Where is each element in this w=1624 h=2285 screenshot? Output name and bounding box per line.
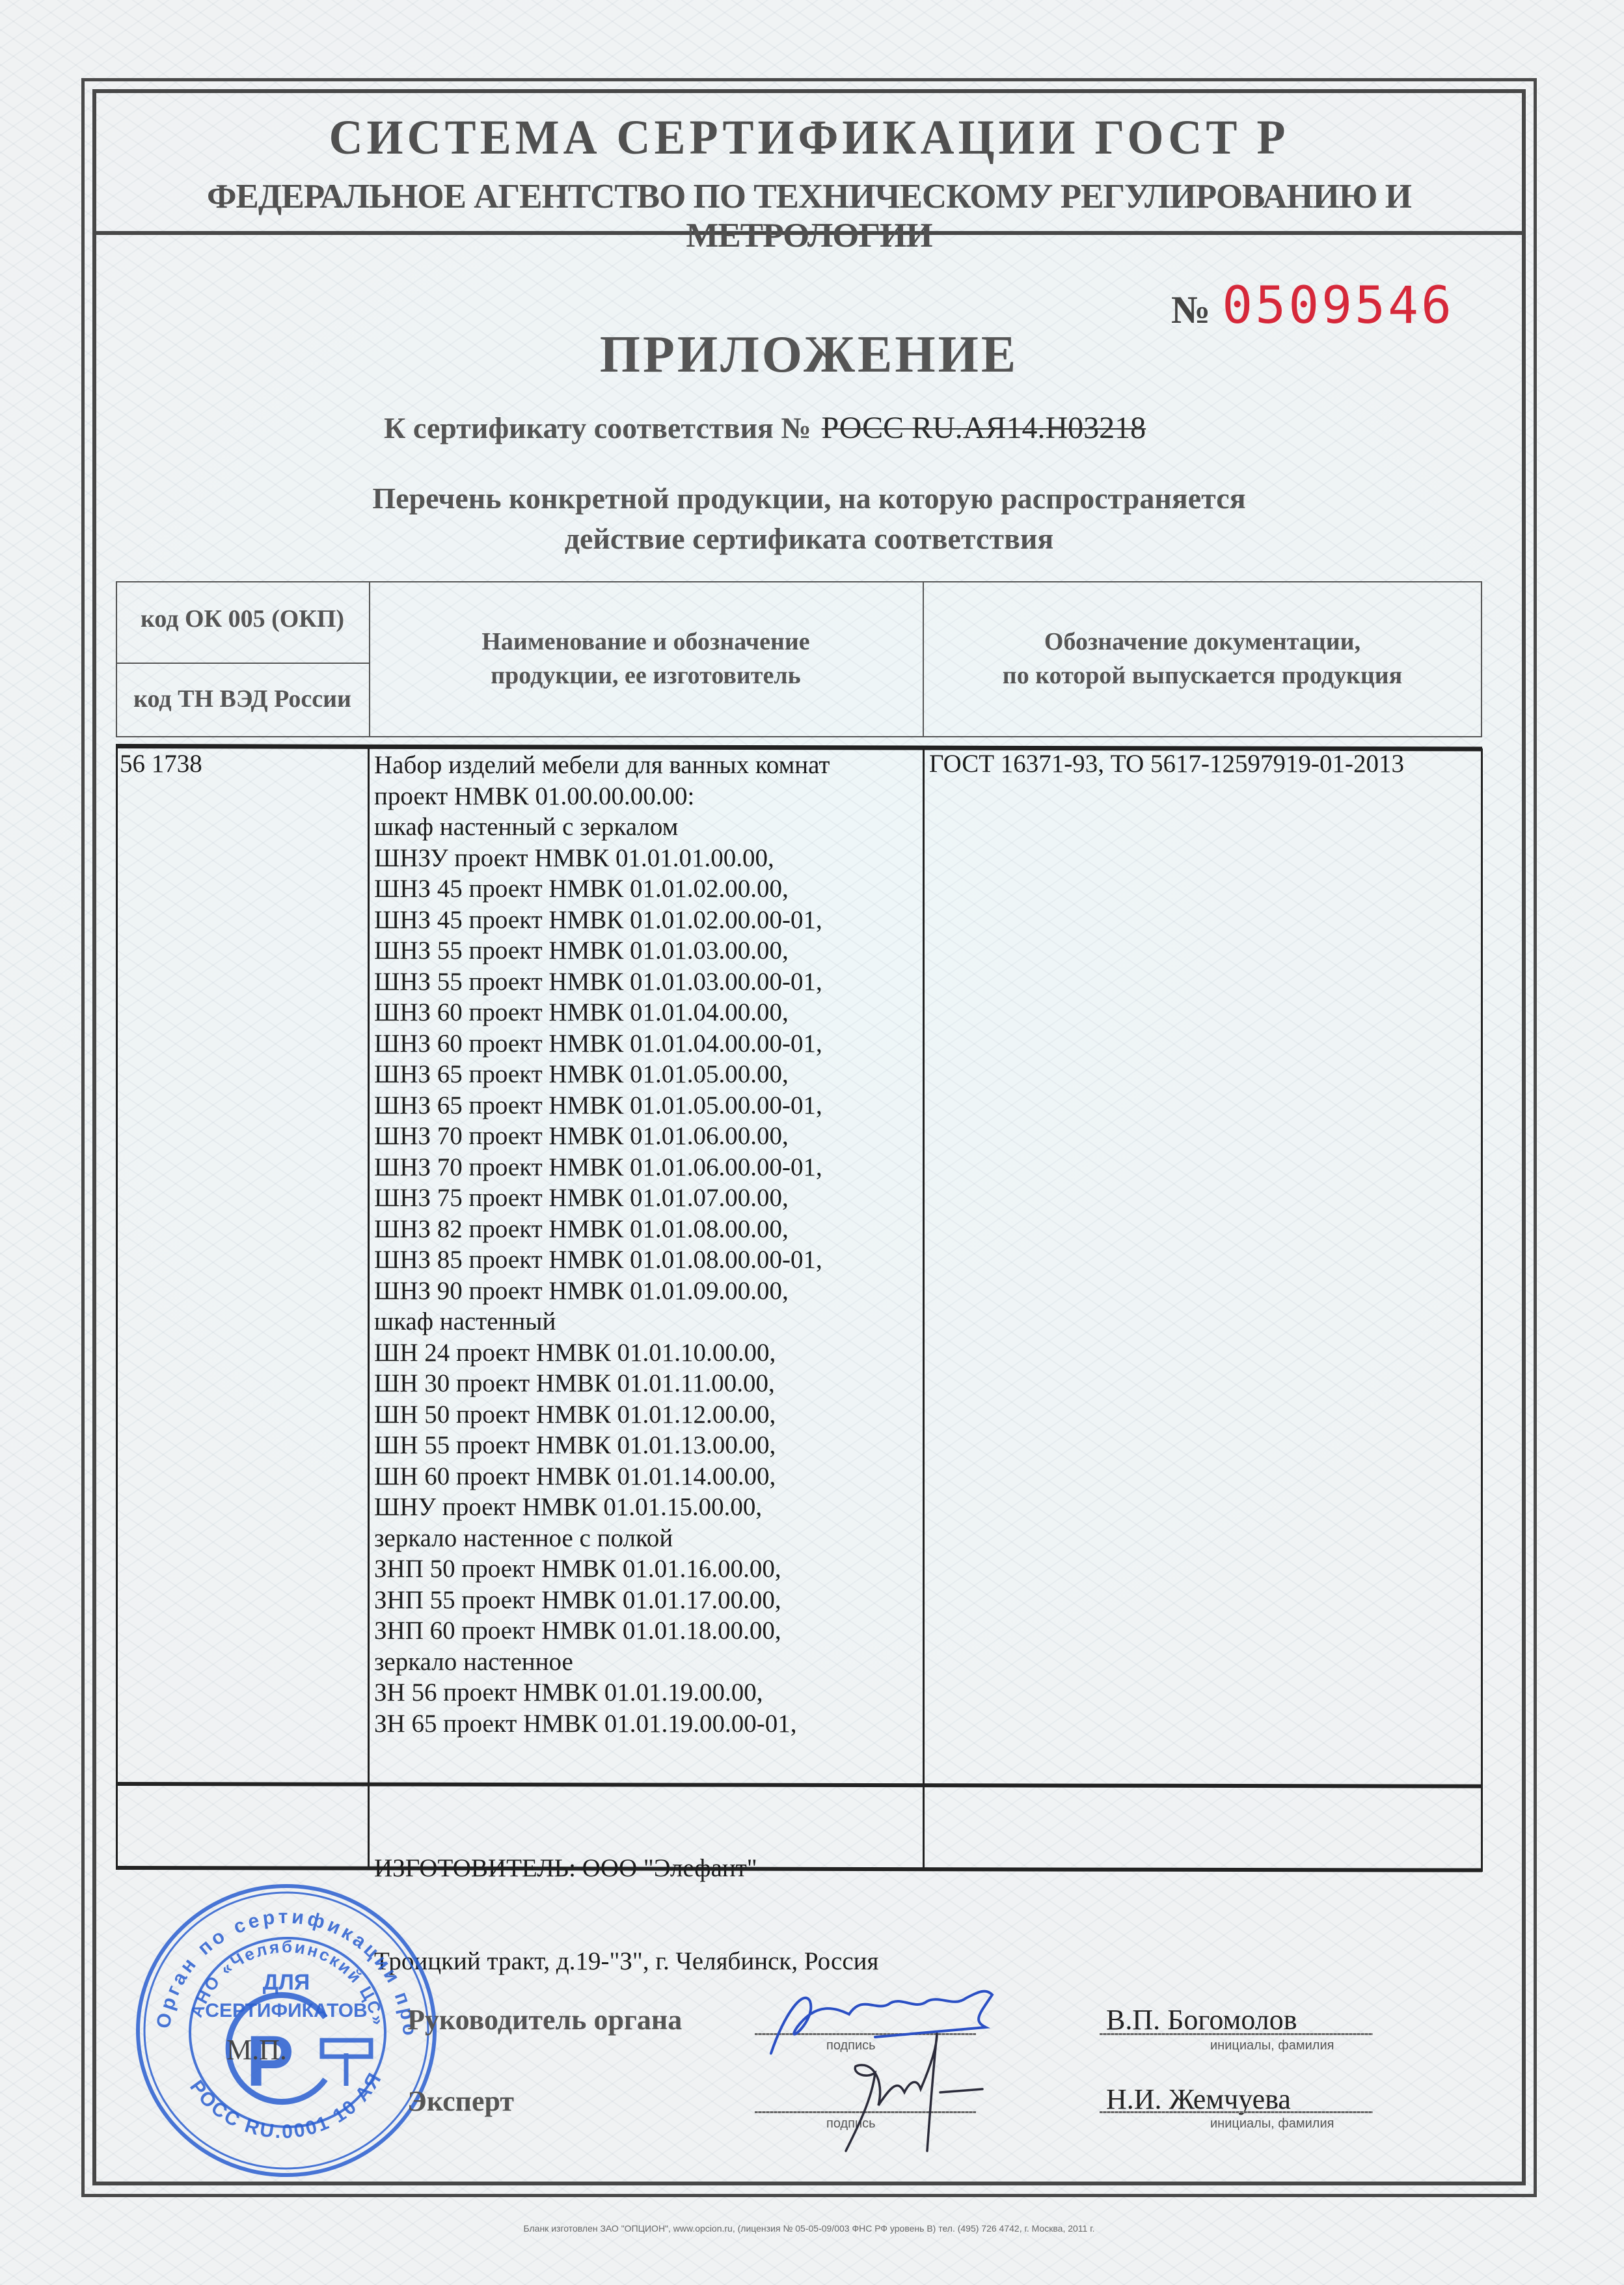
product-list-item: ШНЗ 65 проект НМВК 01.01.05.00.00-01,	[374, 1090, 830, 1121]
product-list-item: ШН 55 проект НМВК 01.01.13.00.00,	[374, 1430, 830, 1461]
product-list-item: ШНУ проект НМВК 01.01.15.00.00,	[374, 1492, 830, 1523]
table-header-code-divider	[116, 663, 369, 664]
seal-placeholder-label: М.П.	[226, 2033, 287, 2066]
appendix-title: ПРИЛОЖЕНИЕ	[92, 325, 1526, 385]
svg-text:СЕРТИФИКАТОВ: СЕРТИФИКАТОВ	[205, 2000, 367, 2021]
header-docs: Обозначение документации, по которой вып…	[923, 625, 1482, 692]
product-list-item: ШНЗ 65 проект НМВК 01.01.05.00.00,	[374, 1059, 830, 1090]
header-code-tnved: код ТН ВЭД России	[116, 682, 369, 716]
header-product: Наименование и обозначение продукции, ее…	[369, 625, 923, 692]
header-code-okp: код ОК 005 (ОКП)	[116, 602, 369, 636]
name-caption-head: инициалы, фамилия	[1210, 2038, 1334, 2053]
signatory-name-head: В.П. Богомолов	[1106, 2003, 1297, 2036]
subtitle-line-1: Перечень конкретной продукции, на котору…	[92, 478, 1526, 519]
product-list-item: шкаф настенный с зеркалом	[374, 812, 830, 843]
agency-title: ФЕДЕРАЛЬНОЕ АГЕНТСТВО ПО ТЕХНИЧЕСКОМУ РЕ…	[92, 177, 1526, 255]
name-caption-expert: инициалы, фамилия	[1210, 2116, 1334, 2131]
product-list-item: проект НМВК 01.00.00.00.00:	[374, 781, 830, 812]
subtitle: Перечень конкретной продукции, на котору…	[92, 478, 1526, 559]
product-list-item: ЗНП 55 проект НМВК 01.01.17.00.00,	[374, 1585, 830, 1616]
product-list-item: ШНЗУ проект НМВК 01.01.01.00.00,	[374, 843, 830, 874]
product-list-item: зеркало настенное с полкой	[374, 1523, 830, 1554]
subtitle-line-2: действие сертификата соответствия	[92, 519, 1526, 559]
product-list-item: ШНЗ 55 проект НМВК 01.01.03.00.00-01,	[374, 966, 830, 998]
header-docs-line-1: Обозначение документации,	[923, 625, 1482, 659]
header-product-line-1: Наименование и обозначение	[369, 625, 923, 659]
product-list-item: ЗНП 60 проект НМВК 01.01.18.00.00,	[374, 1615, 830, 1647]
svg-text:ДЛЯ: ДЛЯ	[263, 1970, 310, 1995]
header-product-line-2: продукции, ее изготовитель	[369, 659, 923, 692]
header-docs-line-2: по которой выпускается продукция	[923, 659, 1482, 692]
data-table-column-divider	[923, 747, 925, 1870]
product-list-item: ШНЗ 60 проект НМВК 01.01.04.00.00-01,	[374, 1028, 830, 1060]
product-list-item: ШНЗ 90 проект НМВК 01.01.09.00.00,	[374, 1276, 830, 1307]
product-list-item: ШНЗ 55 проект НМВК 01.01.03.00.00,	[374, 935, 830, 966]
name-line-expert	[1100, 2111, 1373, 2113]
product-list-item: ШНЗ 82 проект НМВК 01.01.08.00.00,	[374, 1214, 830, 1245]
product-list-item: Набор изделий мебели для ванных комнат	[374, 750, 830, 781]
certificate-number: РОСС RU.АЯ14.Н03218	[822, 411, 1146, 445]
product-list-item: ЗН 65 проект НМВК 01.01.19.00.00-01,	[374, 1708, 830, 1740]
product-list-item: ШНЗ 70 проект НМВК 01.01.06.00.00-01,	[374, 1152, 830, 1183]
product-code: 56 1738	[120, 748, 202, 780]
product-list-item: ШН 30 проект НМВК 01.01.11.00.00,	[374, 1368, 830, 1399]
product-list-item: ШН 60 проект НМВК 01.01.14.00.00,	[374, 1461, 830, 1492]
product-list-item: ШНЗ 45 проект НМВК 01.01.02.00.00,	[374, 873, 830, 905]
product-docs: ГОСТ 16371-93, ТО 5617-12597919-01-2013	[929, 748, 1404, 780]
certificate-label: К сертификату соответствия №	[384, 411, 811, 445]
product-list-item: ШНЗ 45 проект НМВК 01.01.02.00.00-01,	[374, 905, 830, 936]
product-list-item: ШНЗ 85 проект НМВК 01.01.08.00.00-01,	[374, 1244, 830, 1276]
certification-stamp-icon: Орган по сертификации продукции АНО «Чел…	[124, 1878, 449, 2183]
product-list-item: ЗНП 50 проект НМВК 01.01.16.00.00,	[374, 1553, 830, 1585]
product-list-item: ШН 24 проект НМВК 01.01.10.00.00,	[374, 1337, 830, 1369]
signatory-role-head: Руководитель органа	[407, 2003, 682, 2036]
signatory-role-expert: Эксперт	[407, 2085, 514, 2118]
certificate-reference: К сертификату соответствия №РОСС RU.АЯ14…	[384, 410, 1146, 446]
manufacturer-name: ИЗГОТОВИТЕЛЬ: ООО "Элефант"	[374, 1853, 878, 1884]
product-list-item: ШНЗ 60 проект НМВК 01.01.04.00.00,	[374, 997, 830, 1028]
data-table-right-border	[1481, 748, 1483, 1872]
product-list-item: зеркало настенное	[374, 1647, 830, 1678]
form-printer-footer: Бланк изготовлен ЗАО "ОПЦИОН", www.opcio…	[92, 2223, 1526, 2234]
product-list-item: ШНЗ 75 проект НМВК 01.01.07.00.00,	[374, 1183, 830, 1214]
system-title: СИСТЕМА СЕРТИФИКАЦИИ ГОСТ Р	[92, 109, 1526, 166]
product-list-item: ШН 50 проект НМВК 01.01.12.00.00,	[374, 1399, 830, 1430]
product-list: Набор изделий мебели для ванных комнатпр…	[374, 750, 830, 1739]
product-list-item: ШНЗ 70 проект НМВК 01.01.06.00.00,	[374, 1121, 830, 1152]
name-line-head	[1100, 2033, 1373, 2035]
product-list-item: ЗН 56 проект НМВК 01.01.19.00.00,	[374, 1677, 830, 1708]
data-table-column-divider	[368, 746, 370, 1869]
data-table-left-border	[116, 746, 118, 1869]
manufacturer-address: Троицкий тракт, д.19-"З", г. Челябинск, …	[374, 1946, 878, 1977]
product-list-item: шкаф настенный	[374, 1306, 830, 1337]
signature-expert-icon	[807, 2027, 1002, 2157]
